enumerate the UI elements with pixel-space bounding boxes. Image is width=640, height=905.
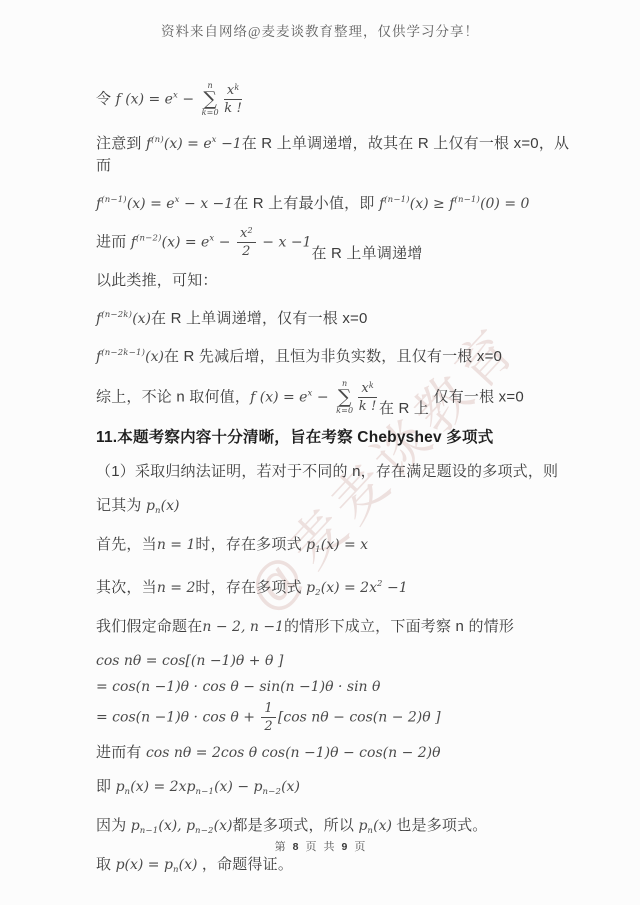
equation-cos-expand-3: = cos(n −1)θ · cos θ + 12[cos nθ − cos(n… — [96, 702, 571, 733]
math-run: p(x) = p — [116, 857, 173, 873]
math-run: (x) = e — [162, 235, 210, 251]
text-run: 在 R 先减后增，且恒为非负实数，且仅有一根 x=0 — [164, 348, 502, 365]
sum-lower-limit: k=0 — [336, 407, 353, 415]
math-run: n = 1 — [157, 537, 196, 553]
math-run: [cos nθ − cos(n − 2)θ ] — [278, 710, 441, 726]
fraction-denominator: 2 — [261, 718, 275, 733]
header-note: 资料来自网络@麦麦谈教育整理，仅供学习分享！ — [0, 20, 640, 40]
math-run: (x) — [161, 498, 180, 514]
line-base-case-1: 首先，当n = 1时，存在多项式 p1(x) = x — [96, 534, 571, 561]
math-run: − x −1 — [180, 196, 234, 212]
text-run: 仅有一根 x=0 — [429, 389, 524, 406]
fraction: xkk ! — [358, 382, 377, 413]
page-footer: 第 8 页 共 9 页 — [0, 838, 640, 854]
problem-11-heading: 11.本题考察内容十分清晰，旨在考察 Chebyshev 多项式 — [96, 427, 571, 449]
sigma-icon: ∑ — [338, 389, 352, 406]
line-define-f: 令 f (x) = ex − n∑k=0xkk ! — [96, 82, 571, 117]
line-note-monotone: 注意到 f(n)(x) = ex −1在 R 上单调递增，故其在 R 上仅有一根… — [96, 129, 571, 177]
line-induction-method: （1）采取归纳法证明，若对于不同的 n，存在满足题设的多项式，则 — [96, 461, 571, 483]
text-run: 我们假定命题在 — [96, 618, 202, 635]
math-run: p — [131, 818, 140, 834]
text-run: 时，存在多项式 — [195, 536, 306, 553]
text-run: 也是多项式。 — [392, 817, 488, 834]
text-run: 因为 — [96, 817, 131, 834]
math-run: (x) ≥ f — [410, 196, 455, 212]
math-run: p — [146, 498, 155, 514]
document-body: 令 f (x) = ex − n∑k=0xkk ! 注意到 f(n)(x) = … — [96, 82, 571, 893]
text-run: 首先，当 — [96, 536, 157, 553]
math-run: − x −1 — [258, 235, 312, 251]
line-fnext: 进而 f(n−2)(x) = ex − x22 − x −1在 R 上单调递增 — [96, 227, 571, 258]
footer-label: 共 — [324, 838, 335, 854]
math-run: (x) — [179, 857, 198, 873]
fraction-denominator: 2 — [237, 243, 256, 258]
text-run: 即 — [96, 778, 116, 795]
fraction: 12 — [261, 702, 275, 733]
footer-label: 页 — [306, 838, 317, 854]
subscript: n−1 — [140, 826, 159, 836]
fraction-denominator: k ! — [224, 100, 243, 115]
text-run: 进而 — [96, 234, 131, 251]
numerator-exponent: k — [234, 83, 239, 92]
text-run: 进而有 — [96, 744, 146, 761]
math-run: (x) − p — [214, 779, 262, 795]
current-page-number: 8 — [293, 841, 299, 853]
text-run: 以此类推，可知： — [96, 272, 218, 289]
equation-cos-expand-1: cos nθ = cos[(n −1)θ + θ ] — [96, 650, 571, 672]
numerator-base: x — [240, 226, 248, 241]
text-run: 的情形下成立，下面考察 n 的情形 — [284, 618, 514, 635]
math-run: − — [214, 235, 235, 251]
text-run: 取 — [96, 856, 116, 873]
fraction-numerator: x2 — [237, 227, 256, 243]
math-run: − — [178, 92, 199, 108]
line-qed: 取 p(x) = pn(x) ，命题得证。 — [96, 854, 571, 881]
derivative-order: (n−2k) — [101, 310, 132, 320]
derivative-order: (n−2) — [136, 234, 162, 244]
math-run: = cos(n −1)θ · cos θ + — [96, 710, 259, 726]
numerator-base: 1 — [264, 701, 272, 716]
math-run: (x) — [281, 779, 300, 795]
line-even-derivative: f(n−2k)(x)在 R 上单调递增，仅有一根 x=0 — [96, 304, 571, 330]
math-run: = cos(n −1)θ · cos θ − sin(n −1)θ · sin … — [96, 679, 380, 695]
math-run: (x) = e — [164, 136, 212, 152]
fraction-numerator: xk — [224, 84, 243, 100]
derivative-order: (n) — [151, 135, 164, 145]
text-run: 其次，当 — [96, 579, 157, 596]
math-run: (x) = 2x — [321, 580, 377, 596]
math-run: f (x) = e — [116, 92, 173, 108]
line-induction-hypothesis: 我们假定命题在n − 2, n −1的情形下成立，下面考察 n 的情形 — [96, 616, 571, 638]
derivative-order: (n−2k−1) — [101, 348, 145, 358]
math-run: (x) — [373, 818, 392, 834]
footer-label: 第 — [275, 838, 286, 854]
line-analogy: 以此类推，可知： — [96, 270, 571, 292]
math-run: (x) — [132, 311, 151, 327]
math-run: f (x) = e — [250, 390, 307, 406]
line-base-case-2: 其次，当n = 2时，存在多项式 p2(x) = 2x2 −1 — [96, 573, 571, 604]
math-run: (x) — [214, 818, 233, 834]
text-run: 令 — [96, 91, 116, 108]
fraction-numerator: xk — [358, 382, 377, 398]
numerator-base: x — [361, 381, 369, 396]
footer-label: 页 — [354, 838, 365, 854]
math-run: p — [116, 779, 125, 795]
subscript: n−2 — [262, 787, 281, 797]
derivative-order: (n−1) — [101, 195, 127, 205]
summation-symbol: n∑k=0 — [336, 380, 353, 415]
total-page-number: 9 — [342, 841, 348, 853]
text-run: 注意到 — [96, 135, 146, 152]
text-run: 在 R 上单调递增 — [311, 243, 422, 265]
text-run: 在 R 上有最小值，即 — [233, 195, 379, 212]
text-run: 在 R 上单调递增，仅有一根 x=0 — [151, 310, 368, 327]
equation-cos-expand-2: = cos(n −1)θ · cos θ − sin(n −1)θ · sin … — [96, 676, 571, 698]
math-run: −1 — [217, 136, 242, 152]
text-run: 记其为 — [96, 497, 146, 514]
math-run: cos nθ = 2cos θ cos(n −1)θ − cos(n − 2)θ — [146, 745, 441, 761]
math-run: (x) = 2xp — [130, 779, 195, 795]
text-run: 综上，不论 n 取何值， — [96, 389, 250, 406]
line-recurrence: 即 pn(x) = 2xpn−1(x) − pn−2(x) — [96, 776, 571, 803]
math-run: cos nθ = cos[(n −1)θ + θ ] — [96, 653, 283, 669]
fraction: xkk ! — [224, 84, 243, 115]
fraction: x22 — [237, 227, 256, 258]
text-run: ，命题得证。 — [197, 856, 293, 873]
math-run: − — [312, 390, 333, 406]
math-run: (x) — [145, 349, 164, 365]
line-conclusion: 综上，不论 n 取何值，f (x) = ex − n∑k=0xkk !在 R 上… — [96, 380, 571, 415]
subscript: n−1 — [195, 787, 214, 797]
text-run: 在 R 上 — [379, 398, 429, 420]
line-denote: 记其为 pn(x) — [96, 495, 571, 522]
math-run: −1 — [383, 580, 408, 596]
summation-symbol: n∑k=0 — [202, 82, 219, 117]
math-run: p — [306, 580, 315, 596]
line-fmin: f(n−1)(x) = ex − x −1在 R 上有最小值，即 f(n−1)(… — [96, 189, 571, 215]
derivative-order: (n−1) — [454, 195, 480, 205]
math-run: (x) = e — [127, 196, 175, 212]
fraction-denominator: k ! — [358, 398, 377, 413]
line-odd-derivative: f(n−2k−1)(x)在 R 先减后增，且恒为非负实数，且仅有一根 x=0 — [96, 342, 571, 368]
math-run: (x), p — [158, 818, 195, 834]
line-hence-identity: 进而有 cos nθ = 2cos θ cos(n −1)θ − cos(n −… — [96, 742, 571, 764]
math-run: p — [306, 537, 315, 553]
math-run: (x) = x — [321, 537, 368, 553]
text-run: 都是多项式，所以 — [232, 817, 358, 834]
numerator-exponent: 2 — [248, 226, 253, 235]
text-run: 时，存在多项式 — [195, 579, 306, 596]
derivative-order: (n−1) — [384, 195, 410, 205]
math-run: n − 2, n −1 — [202, 619, 284, 635]
sum-lower-limit: k=0 — [202, 109, 219, 117]
sigma-icon: ∑ — [203, 91, 217, 108]
math-run: (0) = 0 — [480, 196, 529, 212]
numerator-exponent: k — [369, 381, 374, 390]
subscript: n−2 — [195, 826, 214, 836]
math-run: n = 2 — [157, 580, 196, 596]
fraction-numerator: 1 — [261, 702, 275, 718]
